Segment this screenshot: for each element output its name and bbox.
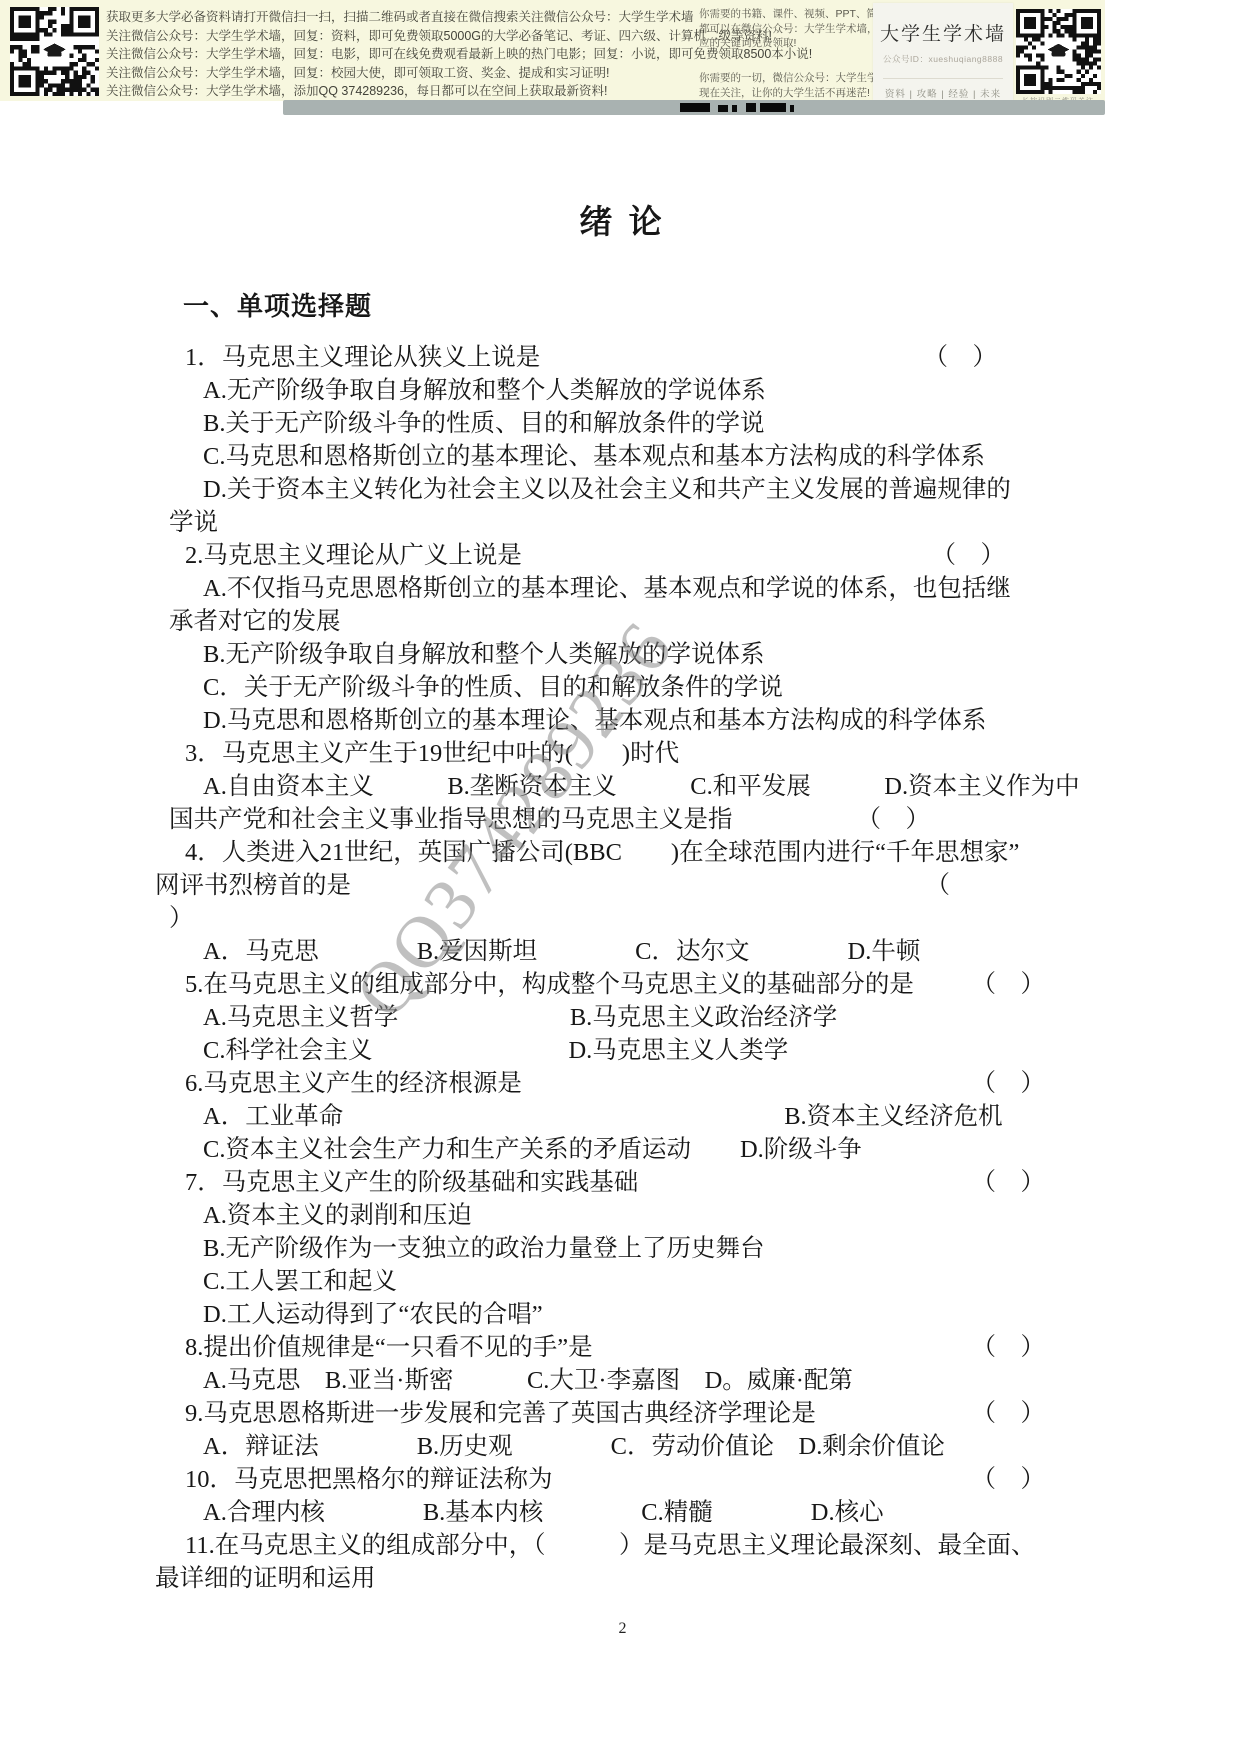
doc-line-text: C.科学社会主义 D.马克思主义人类学 bbox=[203, 1037, 788, 1064]
doc-line: 5.在马克思主义的组成部分中，构成整个马克思主义的基础部分的是（ ） bbox=[155, 968, 1090, 1001]
doc-line: C．关于无产阶级斗争的性质、目的和解放条件的学说 bbox=[155, 671, 1090, 704]
doc-line-text: 国共产党和社会主义事业指导思想的马克思主义是指 bbox=[169, 806, 733, 833]
doc-line: C.工人罢工和起义 bbox=[155, 1265, 1090, 1298]
doc-line-text: C.资本主义社会生产力和生产关系的矛盾运动 D.阶级斗争 bbox=[203, 1136, 862, 1163]
doc-line-text: 1．马克思主义理论从狭义上说是 bbox=[185, 344, 540, 371]
answer-bracket: （ bbox=[926, 869, 951, 902]
doc-line: 2.马克思主义理论从广义上说是（ ） bbox=[155, 539, 1090, 572]
doc-line: 11.在马克思主义的组成部分中，（ ）是马克思主义理论最深刻、最全面、 bbox=[155, 1529, 1090, 1562]
doc-line: 8.提出价值规律是“一只看不见的手”是（ ） bbox=[155, 1331, 1090, 1364]
doc-line: D.关于资本主义转化为社会主义以及社会主义和共产主义发展的普遍规律的 bbox=[155, 473, 1090, 506]
doc-line: 9.马克思恩格斯进一步发展和完善了英国古典经济学理论是（ ） bbox=[155, 1397, 1090, 1430]
doc-line-text: 5.在马克思主义的组成部分中，构成整个马克思主义的基础部分的是 bbox=[185, 971, 914, 998]
doc-line: 网评书烈榜首的是（ bbox=[155, 869, 1090, 902]
doc-line-text: A.资本主义的剥削和压迫 bbox=[203, 1202, 472, 1229]
doc-line-text: C．关于无产阶级斗争的性质、目的和解放条件的学说 bbox=[203, 674, 783, 701]
answer-bracket: （ ） bbox=[972, 1331, 1046, 1364]
doc-line-text: 2.马克思主义理论从广义上说是 bbox=[185, 542, 522, 569]
doc-line: A.资本主义的剥削和压迫 bbox=[155, 1199, 1090, 1232]
doc-line: B.关于无产阶级斗争的性质、目的和解放条件的学说 bbox=[155, 407, 1090, 440]
doc-line-text: D.工人运动得到了“农民的合唱” bbox=[203, 1301, 543, 1328]
doc-line-text: A.无产阶级争取自身解放和整个人类解放的学说体系 bbox=[203, 377, 766, 404]
doc-line: 国共产党和社会主义事业指导思想的马克思主义是指（ ） bbox=[155, 803, 1090, 836]
answer-bracket: （ ） bbox=[972, 1166, 1046, 1199]
doc-line-text: B.无产阶级作为一支独立的政治力量登上了历史舞台 bbox=[203, 1235, 764, 1262]
doc-line-text: 9.马克思恩格斯进一步发展和完善了英国古典经济学理论是 bbox=[185, 1400, 816, 1427]
doc-line: 10．马克思把黑格尔的辩证法称为（ ） bbox=[155, 1463, 1090, 1496]
doc-line-text: D.马克思和恩格斯创立的基本理论、基本观点和基本方法构成的科学体系 bbox=[203, 707, 986, 734]
page-number: 2 bbox=[155, 1620, 1090, 1638]
doc-line: A．马克思 B.爱因斯坦 C．达尔文 D.牛顿 bbox=[155, 935, 1090, 968]
doc-line-text: ） bbox=[169, 905, 194, 932]
doc-line: A．工业革命 B.资本主义经济危机 bbox=[155, 1100, 1090, 1133]
doc-line-text: 3．马克思主义产生于19世纪中叶的( )时代 bbox=[185, 740, 679, 767]
doc-line-text: A.马克思主义哲学 B.马克思主义政治经济学 bbox=[203, 1004, 837, 1031]
answer-bracket: （ ） bbox=[972, 1463, 1046, 1496]
doc-line: 4．人类进入21世纪，英国广播公司(BBC )在全球范围内进行“千年思想家” bbox=[155, 836, 1090, 869]
doc-line-text: B.关于无产阶级斗争的性质、目的和解放条件的学说 bbox=[203, 410, 764, 437]
answer-bracket: （ ） bbox=[857, 803, 931, 836]
doc-line: 承者对它的发展 bbox=[155, 605, 1090, 638]
doc-line-text: 7．马克思主义产生的阶级基础和实践基础 bbox=[185, 1169, 638, 1196]
doc-line-text: A．马克思 B.爱因斯坦 C．达尔文 D.牛顿 bbox=[203, 938, 920, 965]
doc-line-text: B.无产阶级争取自身解放和整个人类解放的学说体系 bbox=[203, 641, 764, 668]
doc-line: D.马克思和恩格斯创立的基本理论、基本观点和基本方法构成的科学体系 bbox=[155, 704, 1090, 737]
answer-bracket: （ ） bbox=[972, 1397, 1046, 1430]
doc-line-text: A.马克思 B.亚当·斯密 C.大卫·李嘉图 D。威廉·配第 bbox=[203, 1367, 853, 1394]
answer-bracket: （ ） bbox=[932, 539, 1006, 572]
answer-bracket: （ ） bbox=[972, 1067, 1046, 1100]
document-title: 绪 论 bbox=[155, 196, 1090, 243]
doc-line-text: 学说 bbox=[169, 509, 218, 536]
doc-line-text: D.关于资本主义转化为社会主义以及社会主义和共产主义发展的普遍规律的 bbox=[203, 476, 1011, 503]
answer-bracket: （ ） bbox=[972, 968, 1046, 1001]
doc-line: A.马克思 B.亚当·斯密 C.大卫·李嘉图 D。威廉·配第 bbox=[155, 1364, 1090, 1397]
doc-line: A．辩证法 B.历史观 C．劳动价值论 D.剩余价值论 bbox=[155, 1430, 1090, 1463]
doc-line-text: 4．人类进入21世纪，英国广播公司(BBC )在全球范围内进行“千年思想家” bbox=[185, 839, 1019, 866]
doc-line: A.合理内核 B.基本内核 C.精髓 D.核心 bbox=[155, 1496, 1090, 1529]
doc-line: A.马克思主义哲学 B.马克思主义政治经济学 bbox=[155, 1001, 1090, 1034]
doc-line-text: C.工人罢工和起义 bbox=[203, 1268, 397, 1295]
doc-line-text: A．辩证法 B.历史观 C．劳动价值论 D.剩余价值论 bbox=[203, 1433, 945, 1460]
doc-line-text: A.自由资本主义 B.垄断资本主义 C.和平发展 D.资本主义作为中 bbox=[203, 773, 1080, 800]
qr-code-left-icon bbox=[10, 7, 99, 96]
doc-line: A.不仅指马克思恩格斯创立的基本理论、基本观点和学说的体系，也包括继 bbox=[155, 572, 1090, 605]
doc-line-text: 网评书烈榜首的是 bbox=[155, 872, 351, 899]
scanned-document-page: 获取更多大学必备资料请打开微信扫一扫，扫描二维码或者直接在微信搜索关注微信公众号… bbox=[0, 0, 1241, 1754]
doc-line-text: 10．马克思把黑格尔的辩证法称为 bbox=[185, 1466, 553, 1493]
doc-line-text: 承者对它的发展 bbox=[169, 608, 341, 635]
question-lines: 1．马克思主义理论从狭义上说是（ ）A.无产阶级争取自身解放和整个人类解放的学说… bbox=[155, 341, 1090, 1595]
doc-line: 1．马克思主义理论从狭义上说是（ ） bbox=[155, 341, 1090, 374]
doc-line: C.资本主义社会生产力和生产关系的矛盾运动 D.阶级斗争 bbox=[155, 1133, 1090, 1166]
doc-line-text: A.不仅指马克思恩格斯创立的基本理论、基本观点和学说的体系，也包括继 bbox=[203, 575, 1011, 602]
doc-line-text: C.马克思和恩格斯创立的基本理论、基本观点和基本方法构成的科学体系 bbox=[203, 443, 985, 470]
section-heading: 一、单项选择题 bbox=[183, 286, 372, 323]
doc-line-text: 最详细的证明和运用 bbox=[155, 1565, 376, 1592]
doc-line-text: 8.提出价值规律是“一只看不见的手”是 bbox=[185, 1334, 593, 1361]
doc-line-text: A.合理内核 B.基本内核 C.精髓 D.核心 bbox=[203, 1499, 884, 1526]
doc-line-text: 11.在马克思主义的组成部分中，（ ）是马克思主义理论最深刻、最全面、 bbox=[185, 1532, 1035, 1559]
doc-line: 6.马克思主义产生的经济根源是（ ） bbox=[155, 1067, 1090, 1100]
doc-line: D.工人运动得到了“农民的合唱” bbox=[155, 1298, 1090, 1331]
doc-line: 7．马克思主义产生的阶级基础和实践基础（ ） bbox=[155, 1166, 1090, 1199]
document-body: 绪 论 一、单项选择题 1．马克思主义理论从狭义上说是（ ）A.无产阶级争取自身… bbox=[155, 0, 1090, 1754]
doc-line: 3．马克思主义产生于19世纪中叶的( )时代 bbox=[155, 737, 1090, 770]
doc-line-text: 6.马克思主义产生的经济根源是 bbox=[185, 1070, 522, 1097]
doc-line: C.马克思和恩格斯创立的基本理论、基本观点和基本方法构成的科学体系 bbox=[155, 440, 1090, 473]
doc-line: A.无产阶级争取自身解放和整个人类解放的学说体系 bbox=[155, 374, 1090, 407]
answer-bracket: （ ） bbox=[924, 341, 998, 374]
doc-line: 最详细的证明和运用 bbox=[155, 1562, 1090, 1595]
doc-line: A.自由资本主义 B.垄断资本主义 C.和平发展 D.资本主义作为中 bbox=[155, 770, 1090, 803]
doc-line: B.无产阶级作为一支独立的政治力量登上了历史舞台 bbox=[155, 1232, 1090, 1265]
doc-line-text: A．工业革命 B.资本主义经济危机 bbox=[203, 1103, 1003, 1130]
doc-line: C.科学社会主义 D.马克思主义人类学 bbox=[155, 1034, 1090, 1067]
doc-line: ） bbox=[155, 902, 1090, 935]
doc-line: 学说 bbox=[155, 506, 1090, 539]
doc-line: B.无产阶级争取自身解放和整个人类解放的学说体系 bbox=[155, 638, 1090, 671]
